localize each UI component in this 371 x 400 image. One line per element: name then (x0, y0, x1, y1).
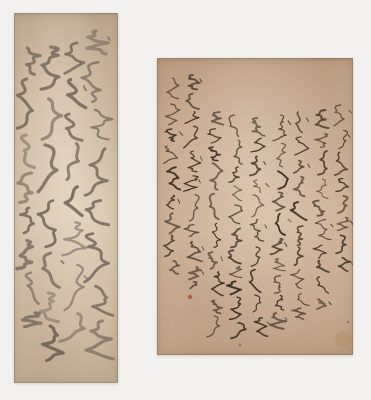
calligraphy-columns-left-icon (14, 13, 118, 383)
manuscript-page-right (157, 58, 353, 355)
manuscript-strip-left (14, 13, 118, 383)
calligraphy-columns-right-icon (157, 58, 353, 355)
photo-canvas (0, 0, 371, 400)
